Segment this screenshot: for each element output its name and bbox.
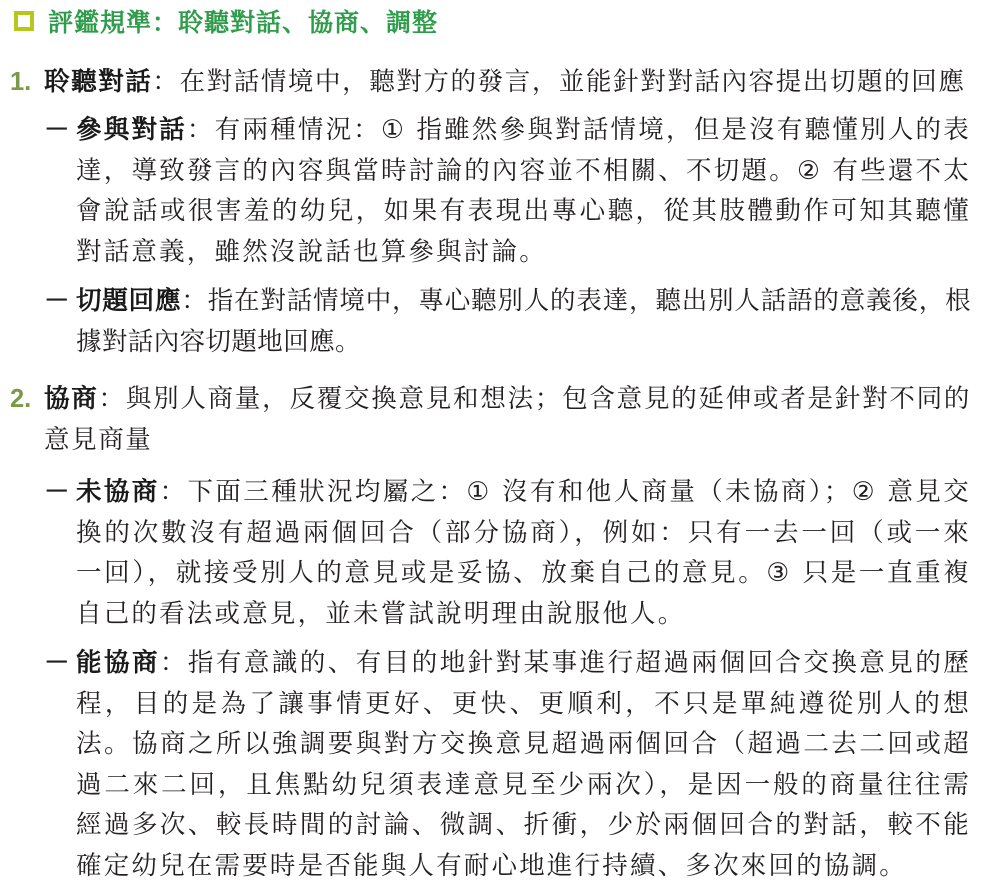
subitem-term: 能協商 bbox=[76, 648, 160, 678]
square-bullet-icon bbox=[14, 11, 34, 31]
subitem-relevant-response: －切題回應：指在對話情境中，專心聽別人的表達，聽出別人話語的意義後，根據對話內容… bbox=[0, 281, 983, 362]
colon: ： bbox=[160, 477, 188, 507]
section-number: 1. bbox=[10, 62, 31, 103]
criteria-title: 評鑑規準：聆聽對話、協商、調整 bbox=[14, 3, 438, 39]
subitem-description: 下面三種狀況均屬之：① 沒有和他人商量（未協商）；② 意見交換的次數沒有超過兩個… bbox=[76, 477, 971, 629]
colon: ： bbox=[99, 384, 126, 414]
criteria-title-text: 評鑑規準：聆聽對話、協商、調整 bbox=[48, 3, 438, 39]
dash-bullet-icon: － bbox=[44, 110, 70, 151]
dash-bullet-icon: － bbox=[44, 281, 70, 322]
subitem-term: 未協商 bbox=[76, 477, 160, 507]
section-term: 協商 bbox=[44, 384, 99, 414]
dash-bullet-icon: － bbox=[44, 643, 70, 684]
subitem-no-negotiation: －未協商：下面三種狀況均屬之：① 沒有和他人商量（未協商）；② 意見交換的次數沒… bbox=[0, 472, 983, 634]
colon: ： bbox=[152, 67, 179, 97]
section-description: 與別人商量，反覆交換意見和想法；包含意見的延伸或者是針對不同的意見商量 bbox=[44, 384, 971, 455]
colon: ： bbox=[187, 115, 215, 145]
subitem-participate-dialogue: －參與對話：有兩種情況：① 指雖然參與對話情境，但是沒有聽懂別人的表達，導致發言… bbox=[0, 110, 983, 272]
section-heading: 1.聆聽對話：在對話情境中，聽對方的發言，並能針對對話內容提出切題的回應 bbox=[0, 62, 983, 103]
section-description: 在對話情境中，聽對方的發言，並能針對對話內容提出切題的回應 bbox=[180, 67, 966, 97]
dash-bullet-icon: － bbox=[44, 472, 70, 513]
section-heading: 2.協商：與別人商量，反覆交換意見和想法；包含意見的延伸或者是針對不同的意見商量 bbox=[0, 379, 983, 461]
subitem-term: 參與對話 bbox=[76, 115, 187, 145]
section-number: 2. bbox=[10, 379, 31, 420]
subitem-description: 指在對話情境中，專心聽別人的表達，聽出別人話語的意義後，根據對話內容切題地回應。 bbox=[76, 286, 971, 357]
colon: ： bbox=[160, 648, 188, 678]
section-listening-dialogue: 1.聆聽對話：在對話情境中，聽對方的發言，並能針對對話內容提出切題的回應 －參與… bbox=[0, 62, 983, 362]
subitem-can-negotiate: －能協商：指有意識的、有目的地針對某事進行超過兩個回合交換意見的歷程，目的是為了… bbox=[0, 643, 983, 886]
section-term: 聆聽對話 bbox=[44, 67, 152, 97]
colon: ： bbox=[181, 286, 207, 316]
section-negotiation: 2.協商：與別人商量，反覆交換意見和想法；包含意見的延伸或者是針對不同的意見商量… bbox=[0, 379, 983, 886]
subitem-description: 指有意識的、有目的地針對某事進行超過兩個回合交換意見的歷程，目的是為了讓事情更好… bbox=[76, 648, 971, 881]
subitem-term: 切題回應 bbox=[76, 286, 181, 316]
